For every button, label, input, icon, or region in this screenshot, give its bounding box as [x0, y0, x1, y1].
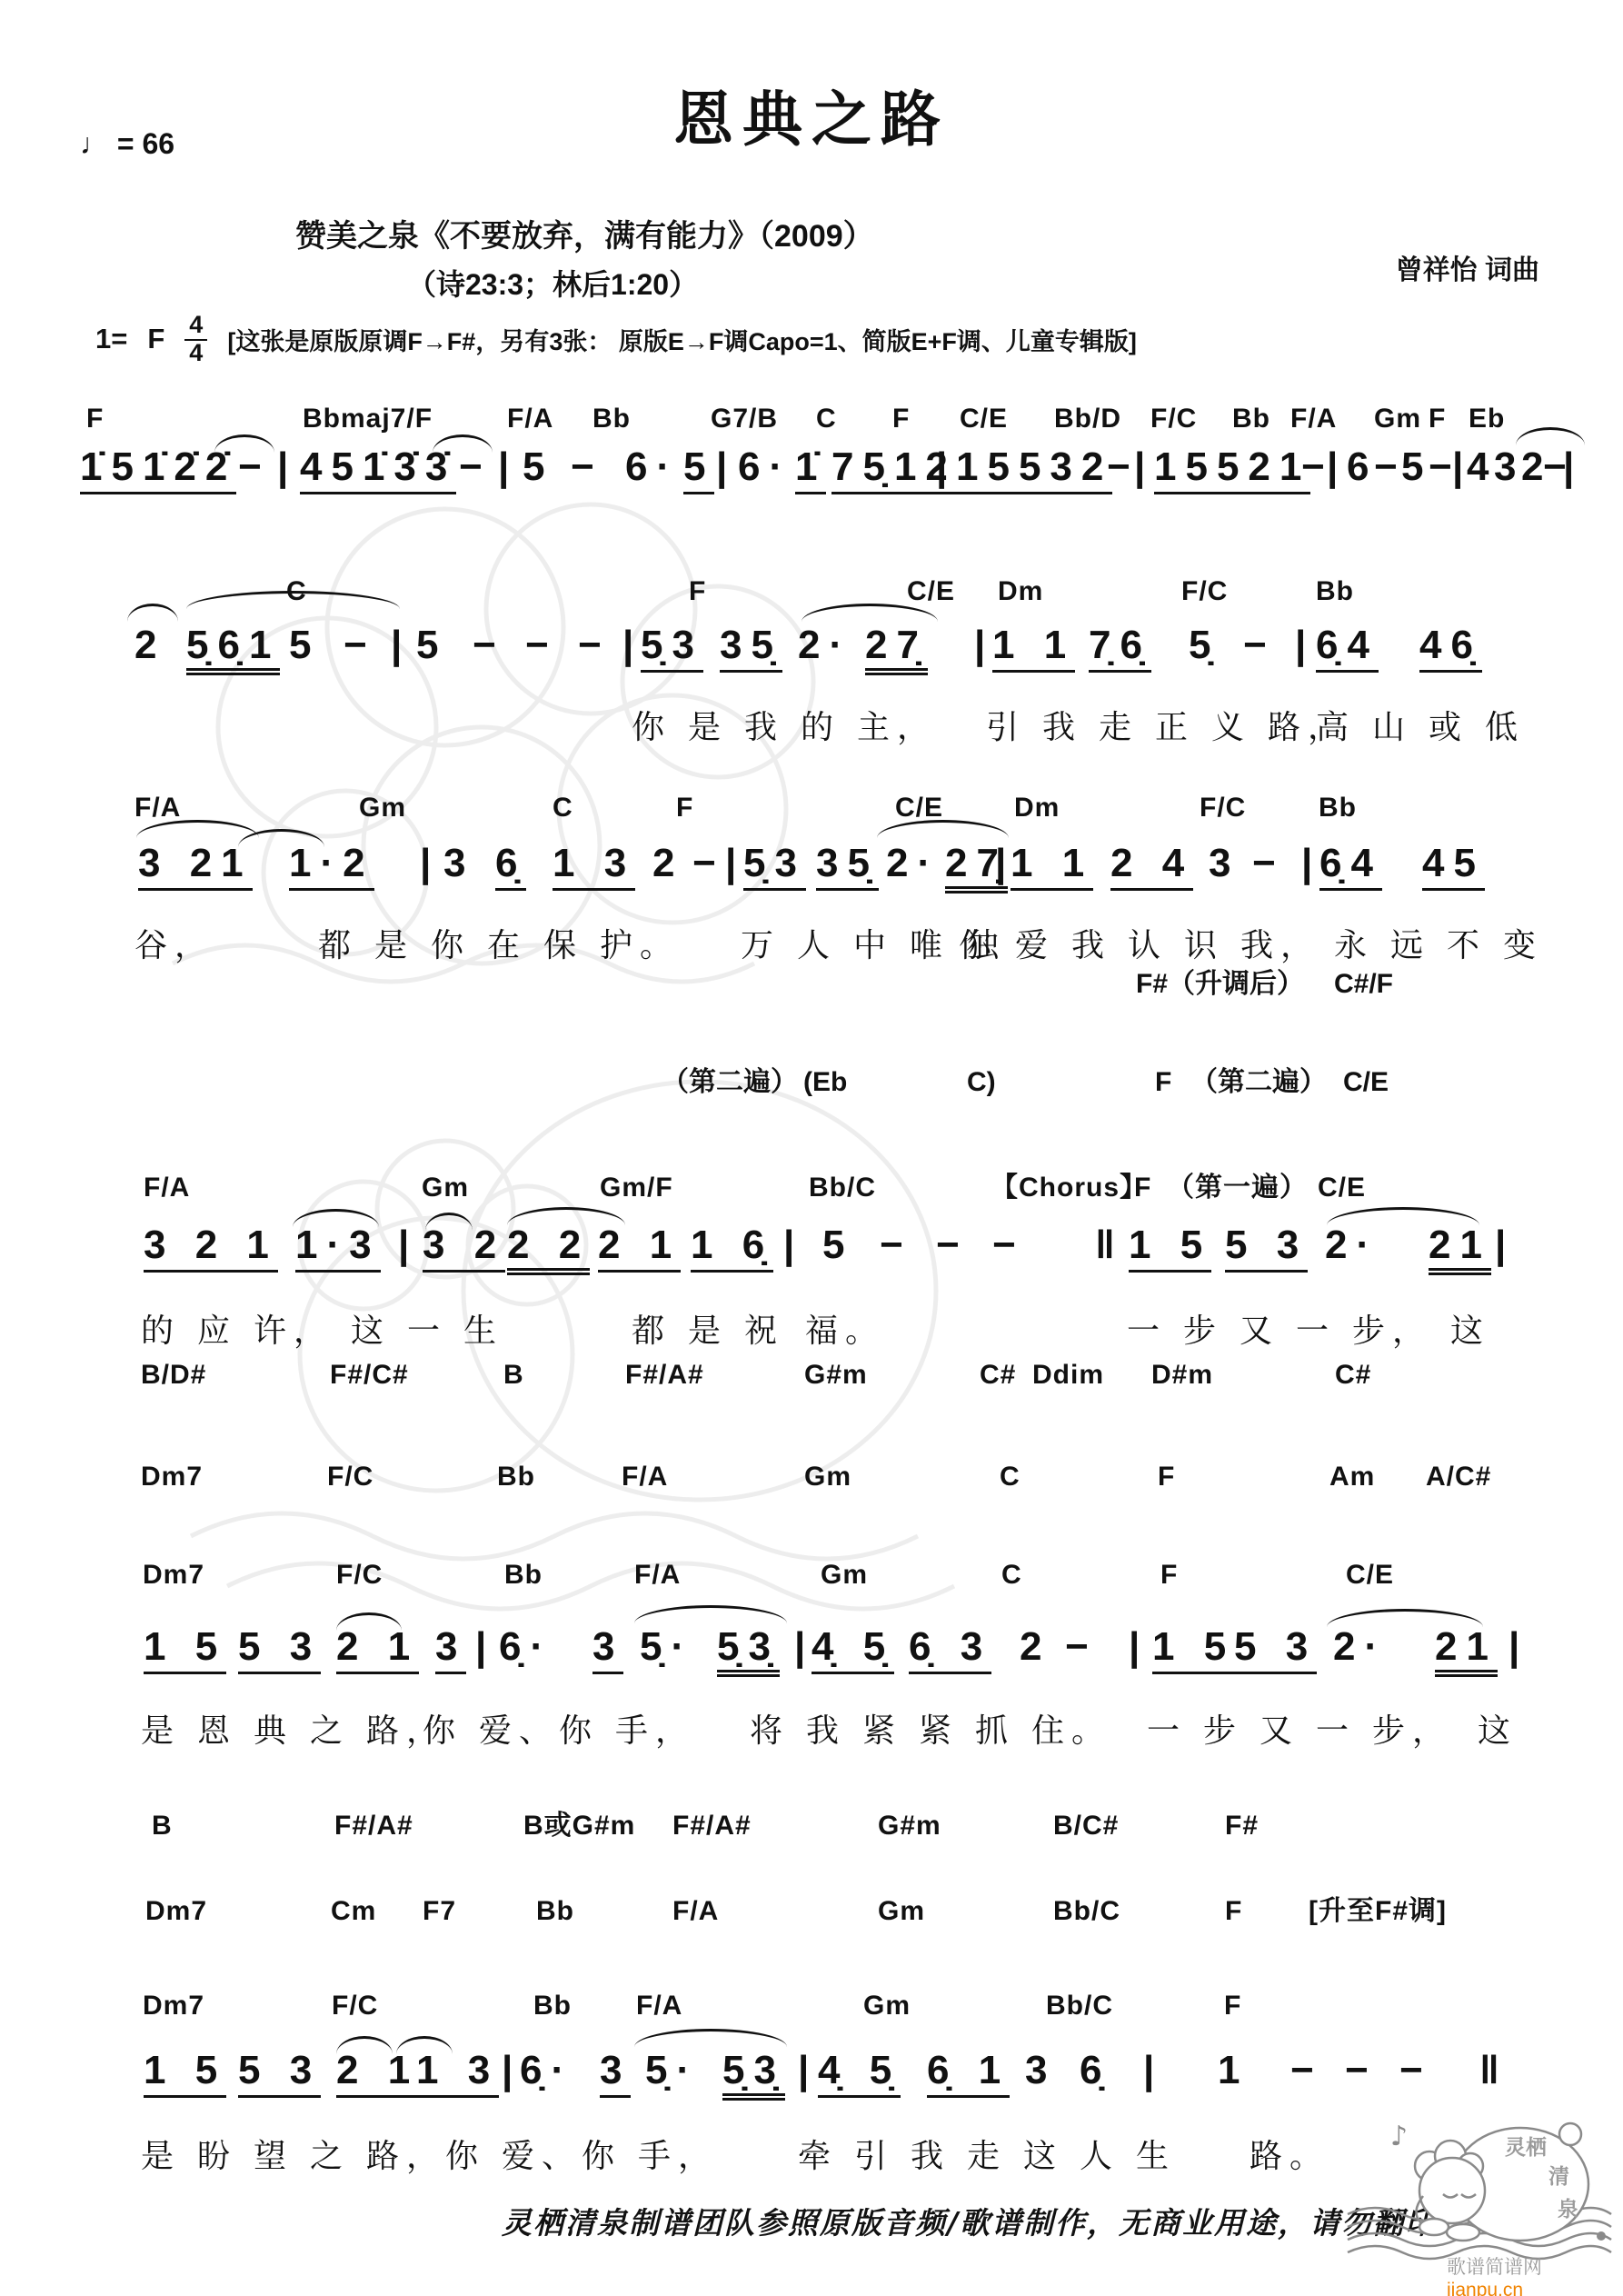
- note-token: 1·3: [295, 1225, 381, 1273]
- note-token: 1 3: [553, 844, 635, 891]
- chord-label: F/C: [327, 1463, 373, 1491]
- system6-chords: Dm7F/CBbF/AGmBb/CF: [0, 1992, 1623, 2056]
- note-token: −: [1243, 625, 1276, 665]
- alt-chords-sharp-2: BF#/A#B或G#mF#/A#G#mB/C#F#: [0, 1812, 1623, 1876]
- note-token: |: [725, 844, 745, 883]
- note-token: 15532: [956, 447, 1112, 494]
- chord-label: C: [553, 794, 573, 822]
- lyric-text: 都 是 你 在 保 护。: [318, 929, 680, 962]
- publisher-logo: ♪ 灵栖 清 泉: [1343, 2089, 1616, 2271]
- version-note: [这张是原版原调F→F#，另有3张： 原版E→F调Capo=1、简版E+F调、儿…: [227, 322, 1137, 357]
- note-token: −: [473, 625, 505, 665]
- note-token: 4̣ 5̣: [818, 2051, 901, 2098]
- note-token: −: [525, 625, 558, 665]
- note-token: 2·: [1333, 1627, 1387, 1667]
- note-token: |: [1295, 625, 1315, 665]
- lyric-text: 永 远 不 变: [1334, 929, 1543, 962]
- note-token: 1 3: [416, 2051, 499, 2098]
- chord-label: F: [892, 405, 910, 433]
- lyric-text: 这 一 生: [351, 1314, 503, 1347]
- note-token: |: [936, 447, 956, 487]
- note-token: −: [238, 447, 271, 487]
- chord-label: Dm7: [143, 1562, 204, 1589]
- note-token: 5̣3: [641, 625, 703, 673]
- note-token: −: [1345, 2051, 1378, 2091]
- chord-label: C/E: [1346, 1562, 1394, 1589]
- lyric-text: 这: [1478, 1714, 1518, 1747]
- note-token: 6̣ 1: [927, 2051, 1010, 2098]
- note-token: −: [571, 447, 603, 487]
- system1-notes: 1̇51̇2̇2̇−|451̇3̇3̇−|5−6·5|6·1̇75̣12|155…: [0, 447, 1623, 511]
- chord-label: Bb: [1232, 405, 1270, 433]
- alt-chords-flat-2: Dm7CmF7BbF/AGmBb/CF[升至F#调]: [0, 1898, 1623, 1962]
- note-token: −: [1399, 2051, 1432, 2091]
- chord-label: Dm7: [145, 1898, 207, 1925]
- chord-label: Bb: [1319, 794, 1357, 822]
- note-token: −: [936, 1225, 969, 1265]
- chord-label: F/C: [1181, 578, 1228, 605]
- chord-label: C/E: [895, 794, 943, 822]
- chord-label: G7/B: [711, 405, 778, 433]
- footer-credit: 灵栖清泉制谱团队参照原版音频/歌谱制作，无商业用途，请勿翻印: [502, 2200, 1437, 2242]
- chord-label: F#/A#: [334, 1812, 413, 1840]
- note-token: |: [502, 2051, 522, 2091]
- note-token: |: [783, 1225, 803, 1265]
- svg-text:灵栖: 灵栖: [1505, 2135, 1547, 2159]
- chord-label: Gm: [804, 1463, 851, 1491]
- chord-label: Ddim: [1032, 1362, 1104, 1389]
- note-token: 5̣·: [640, 1627, 693, 1667]
- chord-label: Bb/C: [809, 1174, 876, 1202]
- note-token: −: [1065, 1627, 1098, 1667]
- system3-notes: 3 211·2|36̣1 32−|5̣335̣2·27̣|1 12 43−|6̣…: [0, 844, 1623, 907]
- lyric-text: 一 步 又 一 步，: [1147, 1714, 1452, 1747]
- chord-label: B: [152, 1812, 173, 1840]
- note-token: |: [1129, 1627, 1149, 1667]
- note-token: 6̣: [495, 844, 526, 891]
- note-token: 5: [683, 447, 714, 494]
- chord-label: G#m: [878, 1812, 941, 1840]
- chord-label: G#m: [804, 1362, 868, 1389]
- note-token: 5: [416, 625, 447, 665]
- chord-label: F: [1160, 1562, 1178, 1589]
- chord-label: C: [1001, 1562, 1022, 1589]
- chord-label: Gm: [1374, 405, 1421, 433]
- scripture-reference: （诗23:3；林后1:20）: [407, 262, 698, 304]
- note-token: 5 3: [238, 1627, 321, 1674]
- note-token: 21: [1429, 1225, 1491, 1275]
- annotation-text: F#（升调后）: [1136, 971, 1304, 998]
- sheet-music-page: 恩典之路 ♩ = 66 赞美之泉《不要放弃，满有能力》（2009） （诗23:3…: [0, 0, 1623, 2296]
- note-token: 2 2: [507, 1225, 590, 1275]
- note-token: 35̣: [720, 625, 782, 673]
- note-token: 7̣6̣: [1089, 625, 1151, 673]
- note-token: |: [420, 844, 440, 883]
- chord-label: F/A: [507, 405, 553, 433]
- note-token: 5 3: [1234, 1627, 1317, 1674]
- note-token: 46̣: [1419, 625, 1482, 673]
- note-token: |: [498, 447, 518, 487]
- note-token: 2·: [886, 844, 940, 883]
- note-token: 451̇3̇3̇: [300, 447, 456, 494]
- note-token: −: [692, 844, 725, 883]
- note-token: 2 1: [336, 1627, 419, 1674]
- svg-text:泉: 泉: [1558, 2197, 1578, 2221]
- chord-label: F/C: [336, 1562, 383, 1589]
- chord-label: F: [1225, 1898, 1242, 1925]
- modulation-annotation: F#（升调后）C#/F: [0, 971, 1623, 1034]
- chord-label: F/C: [1150, 405, 1197, 433]
- note-token: 1 5: [1129, 1225, 1211, 1273]
- note-token: |: [1327, 447, 1347, 487]
- note-token: 3 2 1: [144, 1225, 278, 1273]
- second-pass-annotation: （第二遍）(EbC)F（第二遍）C/E: [0, 1069, 1623, 1133]
- note-token: |: [974, 625, 994, 665]
- note-token: |: [391, 625, 411, 665]
- note-token: 4̣ 5̣: [811, 1627, 894, 1674]
- chord-label: Bb/C: [1053, 1898, 1120, 1925]
- lyric-text: 的 应 许，: [141, 1314, 334, 1347]
- note-token: 1 5: [1152, 1627, 1235, 1674]
- note-token: |: [1301, 844, 1321, 883]
- key-signature-line: 1= F 4 4 [这张是原版原调F→F#，另有3张： 原版E→F调Capo=1…: [95, 313, 1137, 365]
- lyric-text: 你 是 我 的 主，: [632, 711, 937, 744]
- chord-label: Bb: [536, 1898, 574, 1925]
- note-token: −: [578, 625, 611, 665]
- note-token: |: [398, 1225, 418, 1265]
- chord-label: 【Chorus】: [991, 1174, 1148, 1202]
- system2-lyrics: 你 是 我 的 主，引 我 走 正 义 路，高 山 或 低: [0, 711, 1623, 774]
- chord-label: Gm: [359, 794, 406, 822]
- chord-label: Dm: [1014, 794, 1060, 822]
- note-token: |: [622, 625, 642, 665]
- chord-label: Bbmaj7/F: [303, 405, 433, 433]
- note-token: 3 21: [138, 844, 253, 891]
- lyric-text: 是 恩 典 之 路，: [141, 1714, 446, 1747]
- chord-label: Gm/F: [600, 1174, 673, 1202]
- note-token: 5̣·: [645, 2051, 699, 2091]
- chord-label: Cm: [331, 1898, 376, 1925]
- chord-label: F/A: [672, 1898, 719, 1925]
- note-token: |: [1508, 1627, 1528, 1667]
- note-token: 3: [435, 1627, 466, 1674]
- note-token: 5 3: [1225, 1225, 1308, 1273]
- chord-label: Bb: [533, 1992, 572, 2020]
- chord-label: F7: [423, 1898, 456, 1925]
- note-token: −: [344, 625, 376, 665]
- note-token: 15521: [1154, 447, 1310, 494]
- note-token: 2·: [1325, 1225, 1379, 1265]
- chord-label: F/C: [1200, 794, 1246, 822]
- note-token: −: [459, 447, 492, 487]
- note-token: 6̣4: [1316, 625, 1379, 673]
- note-token: 2 4: [1110, 844, 1193, 891]
- key-letter: F: [147, 323, 164, 355]
- note-token: 5̣3̣: [717, 1627, 780, 1677]
- note-token: ‖: [1479, 2051, 1508, 2091]
- chord-label: Bb: [497, 1463, 535, 1491]
- lyric-text: 谷，: [134, 929, 214, 962]
- tempo-marking: ♩ = 66: [80, 127, 174, 161]
- lyric-text: 这: [1450, 1314, 1490, 1347]
- chord-label: Am: [1329, 1463, 1375, 1491]
- system5-notes: 1 55 32 13|6̣·35̣·5̣3̣|4̣ 5̣6̣ 32−|1 55 …: [0, 1627, 1623, 1691]
- chord-label: （第一遍）: [1167, 1174, 1308, 1202]
- album-subtitle: 赞美之泉《不要放弃，满有能力》（2009）: [295, 211, 874, 255]
- note-token: 1 1: [1011, 844, 1093, 891]
- annotation-text: C/E: [1343, 1069, 1389, 1096]
- note-token: −: [1290, 2051, 1323, 2091]
- chord-label: F#/A#: [625, 1362, 704, 1389]
- chord-label: C#: [1335, 1362, 1371, 1389]
- lyric-text: 牵 引 我 走 这 人 生: [798, 2140, 1176, 2172]
- chord-label: F/A: [634, 1562, 681, 1589]
- note-token: 3 2: [423, 1225, 505, 1273]
- note-token: 1 5: [144, 1627, 226, 1674]
- note-token: 1̇51̇2̇2̇: [80, 447, 236, 494]
- lyric-text: 一 步 又 一 步，: [1127, 1314, 1432, 1347]
- chord-label: Bb/C: [1046, 1992, 1113, 2020]
- note-token: 6̣ 3: [909, 1627, 991, 1674]
- chord-label: F: [1158, 1463, 1175, 1491]
- chord-label: B或G#m: [523, 1812, 635, 1840]
- site-credit: 歌谱简谱网 jianpu.cn: [1447, 2252, 1623, 2296]
- lyric-text: 将 我 紧 紧 抓 住。: [750, 1714, 1111, 1747]
- note-token: 2 1: [336, 2051, 419, 2098]
- note-token: 2: [1020, 1627, 1050, 1667]
- note-token: 3: [592, 1627, 623, 1674]
- chord-label: C/E: [907, 578, 955, 605]
- lyric-text: 你 爱、你 手，: [445, 2140, 718, 2172]
- chord-label: Bb: [504, 1562, 543, 1589]
- note-token: 6̣·: [499, 1627, 553, 1667]
- lyric-text: 高 山 或 低: [1316, 711, 1525, 744]
- chord-label: Gm: [878, 1898, 925, 1925]
- note-token: |: [798, 2051, 818, 2091]
- note-token: 5̣3: [743, 844, 806, 891]
- note-token: 1̇: [795, 447, 826, 494]
- annotation-text: （第二遍）: [1190, 1069, 1327, 1096]
- chord-label: F: [86, 405, 104, 433]
- system2-notes: 25̣6̣15−|5−−−|5̣335̣2·27̣|1 17̣6̣5̣−|6̣4…: [0, 625, 1623, 689]
- note-token: 6·: [738, 447, 792, 487]
- note-token: 3: [600, 2051, 631, 2098]
- annotation-text: F: [1155, 1069, 1171, 1096]
- alt-chords-flat-1: Dm7F/CBbF/AGmCFAmA/C#: [0, 1463, 1623, 1527]
- chord-label: F: [676, 794, 693, 822]
- chord-label: F/A: [1290, 405, 1337, 433]
- note-token: |: [277, 447, 297, 487]
- lyric-text: 引 我 走 正 义 路，: [986, 711, 1348, 744]
- lyric-text: 福。: [805, 1314, 885, 1347]
- note-token: 5̣3̣: [722, 2051, 785, 2101]
- note-token: 2 1: [598, 1225, 681, 1273]
- key-prefix: 1=: [95, 323, 127, 355]
- annotation-text: C): [967, 1069, 996, 1096]
- system4-notes: 3 2 11·3|3 22 22 11 6̣|5−−−‖1 55 32·21|: [0, 1225, 1623, 1289]
- chord-label: Bb: [592, 405, 631, 433]
- page-title: 恩典之路: [0, 71, 1623, 157]
- chord-label: F: [689, 578, 706, 605]
- meter-upper: 4: [184, 313, 207, 341]
- chord-label: Dm7: [143, 1992, 204, 2020]
- chord-label: C/E: [960, 405, 1008, 433]
- note-token: 2: [652, 844, 683, 883]
- note-token: −: [1252, 844, 1285, 883]
- chord-label: F: [1429, 405, 1446, 433]
- note-token: −: [880, 1225, 912, 1265]
- chord-label: F/A: [636, 1992, 682, 2020]
- note-token: 2·: [798, 625, 851, 665]
- chord-label: C#: [980, 1362, 1016, 1389]
- system5-lyrics: 是 恩 典 之 路，你 爱、你 手，将 我 紧 紧 抓 住。一 步 又 一 步，…: [0, 1714, 1623, 1778]
- lyric-text: 路。: [1250, 2140, 1329, 2172]
- chord-label: B/C#: [1053, 1812, 1119, 1840]
- chord-label: A/C#: [1426, 1463, 1491, 1491]
- note-token: −: [992, 1225, 1025, 1265]
- note-token: 1 1: [992, 625, 1075, 673]
- note-token: 35̣: [816, 844, 879, 891]
- lyric-text: 你 爱 我 认 识 我，: [959, 929, 1320, 962]
- annotation-text: (Eb: [803, 1069, 847, 1096]
- chord-label: F/A: [622, 1463, 668, 1491]
- chord-label: B/D#: [141, 1362, 206, 1389]
- svg-text:清: 清: [1548, 2164, 1569, 2188]
- note-token: |: [716, 447, 736, 487]
- chord-label: D#m: [1151, 1362, 1213, 1389]
- note-token: 1 5: [144, 2051, 226, 2098]
- note-token: 5̣6̣1: [186, 625, 280, 675]
- lyric-text: 你 爱、你 手，: [423, 1714, 695, 1747]
- note-token: 1 6̣: [691, 1225, 773, 1273]
- chord-label: C/E: [1318, 1174, 1366, 1202]
- note-token: 5: [523, 447, 553, 487]
- note-token: 6̣: [1080, 2051, 1110, 2091]
- meter-fraction: 4 4: [184, 313, 207, 365]
- note-token: |: [1134, 447, 1154, 487]
- chord-label: F/A: [144, 1174, 190, 1202]
- note-token: 45: [1422, 844, 1485, 891]
- note-token: 5: [822, 1225, 853, 1265]
- chord-label: Bb/D: [1054, 405, 1121, 433]
- music-note-icon: ♪: [1390, 2121, 1408, 2152]
- chord-label: F#/A#: [672, 1812, 752, 1840]
- note-token: 3: [443, 844, 474, 883]
- alt-chords-sharp-1: B/D#F#/C#BF#/A#G#mC#DdimD#mC#: [0, 1362, 1623, 1425]
- note-token: 27̣: [865, 625, 928, 675]
- note-token: |: [1563, 447, 1583, 487]
- note-token: 5̣: [1189, 625, 1220, 665]
- chord-label: F/A: [134, 794, 181, 822]
- annotation-text: C#/F: [1334, 971, 1393, 998]
- chord-label: C: [1000, 1463, 1021, 1491]
- composer-credit: 曾祥怡 词曲: [1396, 247, 1539, 287]
- note-token: 6̣4: [1319, 844, 1382, 891]
- chord-label: Gm: [863, 1992, 911, 2020]
- chord-label: Gm: [422, 1174, 469, 1202]
- note-token: 2: [134, 625, 165, 665]
- note-token: 1: [1218, 2051, 1249, 2091]
- chord-label: Eb: [1469, 405, 1505, 433]
- meter-lower: 4: [189, 341, 203, 366]
- chord-label: Dm: [998, 578, 1043, 605]
- chord-label: C: [816, 405, 837, 433]
- note-token: 5 3: [238, 2051, 321, 2098]
- note-token: 5: [289, 625, 320, 665]
- annotation-text: （第二遍）: [662, 1069, 798, 1096]
- chord-label: F: [1224, 1992, 1241, 2020]
- chord-label: Gm: [821, 1562, 868, 1589]
- note-token: 6·: [625, 447, 679, 487]
- chord-label: F/C: [332, 1992, 378, 2020]
- chord-label: Bb: [1316, 578, 1354, 605]
- lyric-text: 是 盼 望 之 路，: [141, 2140, 446, 2172]
- note-token: 21: [1435, 1627, 1498, 1677]
- note-token: 1·2: [289, 844, 374, 891]
- note-token: 3: [1209, 844, 1240, 883]
- note-token: 3: [1025, 2051, 1056, 2091]
- site-name: 歌谱简谱网: [1447, 2257, 1542, 2278]
- note-token: |: [1143, 2051, 1163, 2091]
- note-token: 6̣·: [520, 2051, 573, 2091]
- note-token: ‖: [1095, 1225, 1124, 1265]
- note-token: |: [1495, 1225, 1515, 1265]
- chord-label: Dm7: [141, 1463, 203, 1491]
- note-token: |: [475, 1627, 495, 1667]
- lyric-text: 都 是 祝: [632, 1314, 784, 1347]
- chord-label: F#: [1225, 1812, 1259, 1840]
- site-url[interactable]: jianpu.cn: [1447, 2280, 1523, 2296]
- chord-label: F#/C#: [330, 1362, 409, 1389]
- chord-label: F: [1134, 1174, 1151, 1202]
- chord-label: [升至F#调]: [1309, 1898, 1447, 1925]
- chord-label: B: [503, 1362, 524, 1389]
